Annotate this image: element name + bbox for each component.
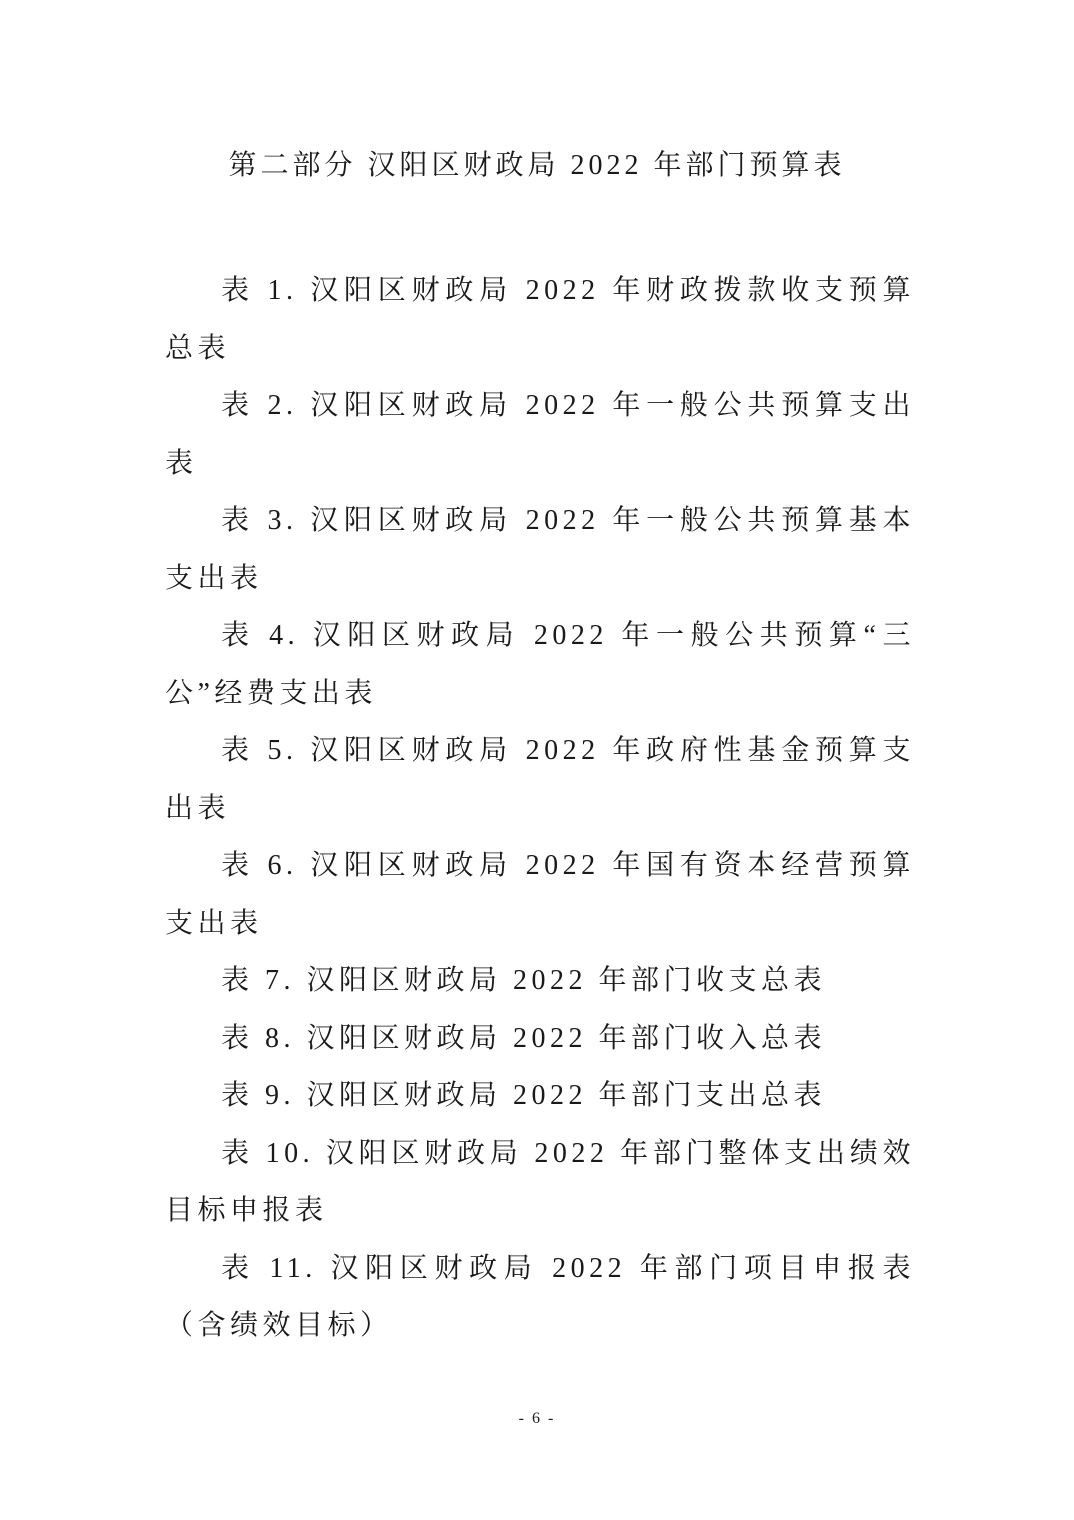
toc-item-5: 表 5. 汉阳区财政局 2022 年政府性基金预算支出表	[165, 722, 915, 837]
table-of-contents: 表 1. 汉阳区财政局 2022 年财政拨款收支预算总表 表 2. 汉阳区财政局…	[165, 262, 915, 1355]
page-number: - 6 -	[0, 1410, 1074, 1428]
page-title: 第二部分 汉阳区财政局 2022 年部门预算表	[0, 146, 1074, 186]
toc-item-7: 表 7. 汉阳区财政局 2022 年部门收支总表	[165, 952, 915, 1010]
toc-item-8: 表 8. 汉阳区财政局 2022 年部门收入总表	[165, 1010, 915, 1068]
toc-item-4: 表 4. 汉阳区财政局 2022 年一般公共预算“三公”经费支出表	[165, 607, 915, 722]
toc-item-3: 表 3. 汉阳区财政局 2022 年一般公共预算基本支出表	[165, 492, 915, 607]
toc-item-6: 表 6. 汉阳区财政局 2022 年国有资本经营预算支出表	[165, 837, 915, 952]
toc-item-2: 表 2. 汉阳区财政局 2022 年一般公共预算支出表	[165, 377, 915, 492]
toc-item-9: 表 9. 汉阳区财政局 2022 年部门支出总表	[165, 1067, 915, 1125]
toc-item-10: 表 10. 汉阳区财政局 2022 年部门整体支出绩效目标申报表	[165, 1125, 915, 1240]
toc-item-1: 表 1. 汉阳区财政局 2022 年财政拨款收支预算总表	[165, 262, 915, 377]
toc-item-11: 表 11. 汉阳区财政局 2022 年部门项目申报表（含绩效目标）	[165, 1240, 915, 1355]
